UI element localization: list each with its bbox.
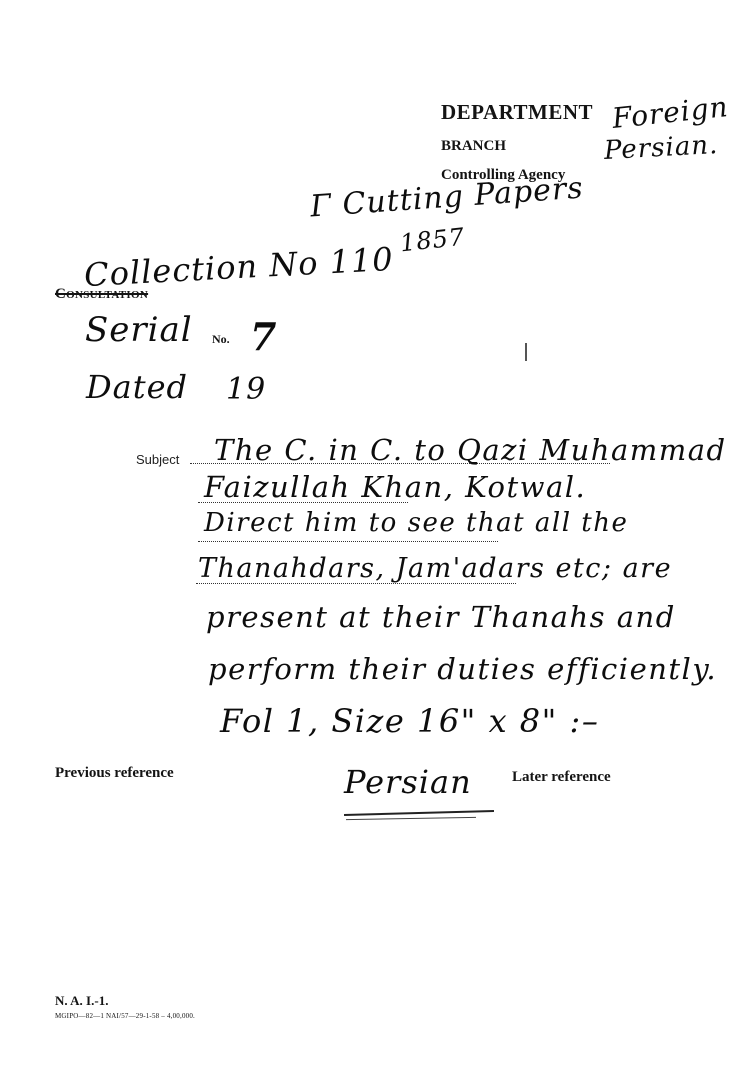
dated-value: 19 [226, 372, 266, 407]
subject-line-4: Thanahdars, Jam'adars etc; are [198, 553, 672, 584]
serial-handwritten-label: Serial [85, 310, 193, 350]
previous-reference-label: Previous reference [55, 765, 174, 782]
form-identifier: N. A. I.-1. [55, 993, 108, 1009]
reference-underline-second [346, 817, 476, 820]
serial-no-label: No. [212, 332, 230, 347]
consultation-label-struck: Consultation [55, 286, 148, 303]
department-label: DEPARTMENT [441, 100, 593, 125]
printer-imprint: MGIPO—82—1 NAI/57—29-1-58 – 4,00,000. [55, 1012, 195, 1020]
reference-value: Persian [344, 763, 472, 801]
dated-handwritten-label: Dated [86, 368, 188, 406]
branch-value: Persian. [603, 130, 719, 166]
subject-line-7: Fol 1, Size 16" x 8" :– [220, 702, 599, 740]
subject-dotted-line-3 [198, 541, 498, 542]
subject-line-6: perform their duties efficiently. [208, 652, 717, 686]
year-value: 1857 [399, 223, 467, 258]
later-reference-label: Later reference [512, 769, 611, 786]
subject-line-5: present at their Thanahs and [206, 600, 676, 634]
subject-line-1: The C. in C. to Qazi Muhammad [214, 433, 727, 467]
department-value: Foreign [611, 90, 730, 135]
serial-number-value: 7 [250, 314, 277, 359]
branch-label: BRANCH [441, 138, 506, 155]
margin-mark [525, 343, 527, 361]
subject-label: Subject [136, 452, 179, 467]
subject-line-2: Faizullah Khan, Kotwal. [204, 470, 586, 504]
subject-line-3: Direct him to see that all the [204, 508, 628, 538]
reference-underline [344, 810, 494, 815]
